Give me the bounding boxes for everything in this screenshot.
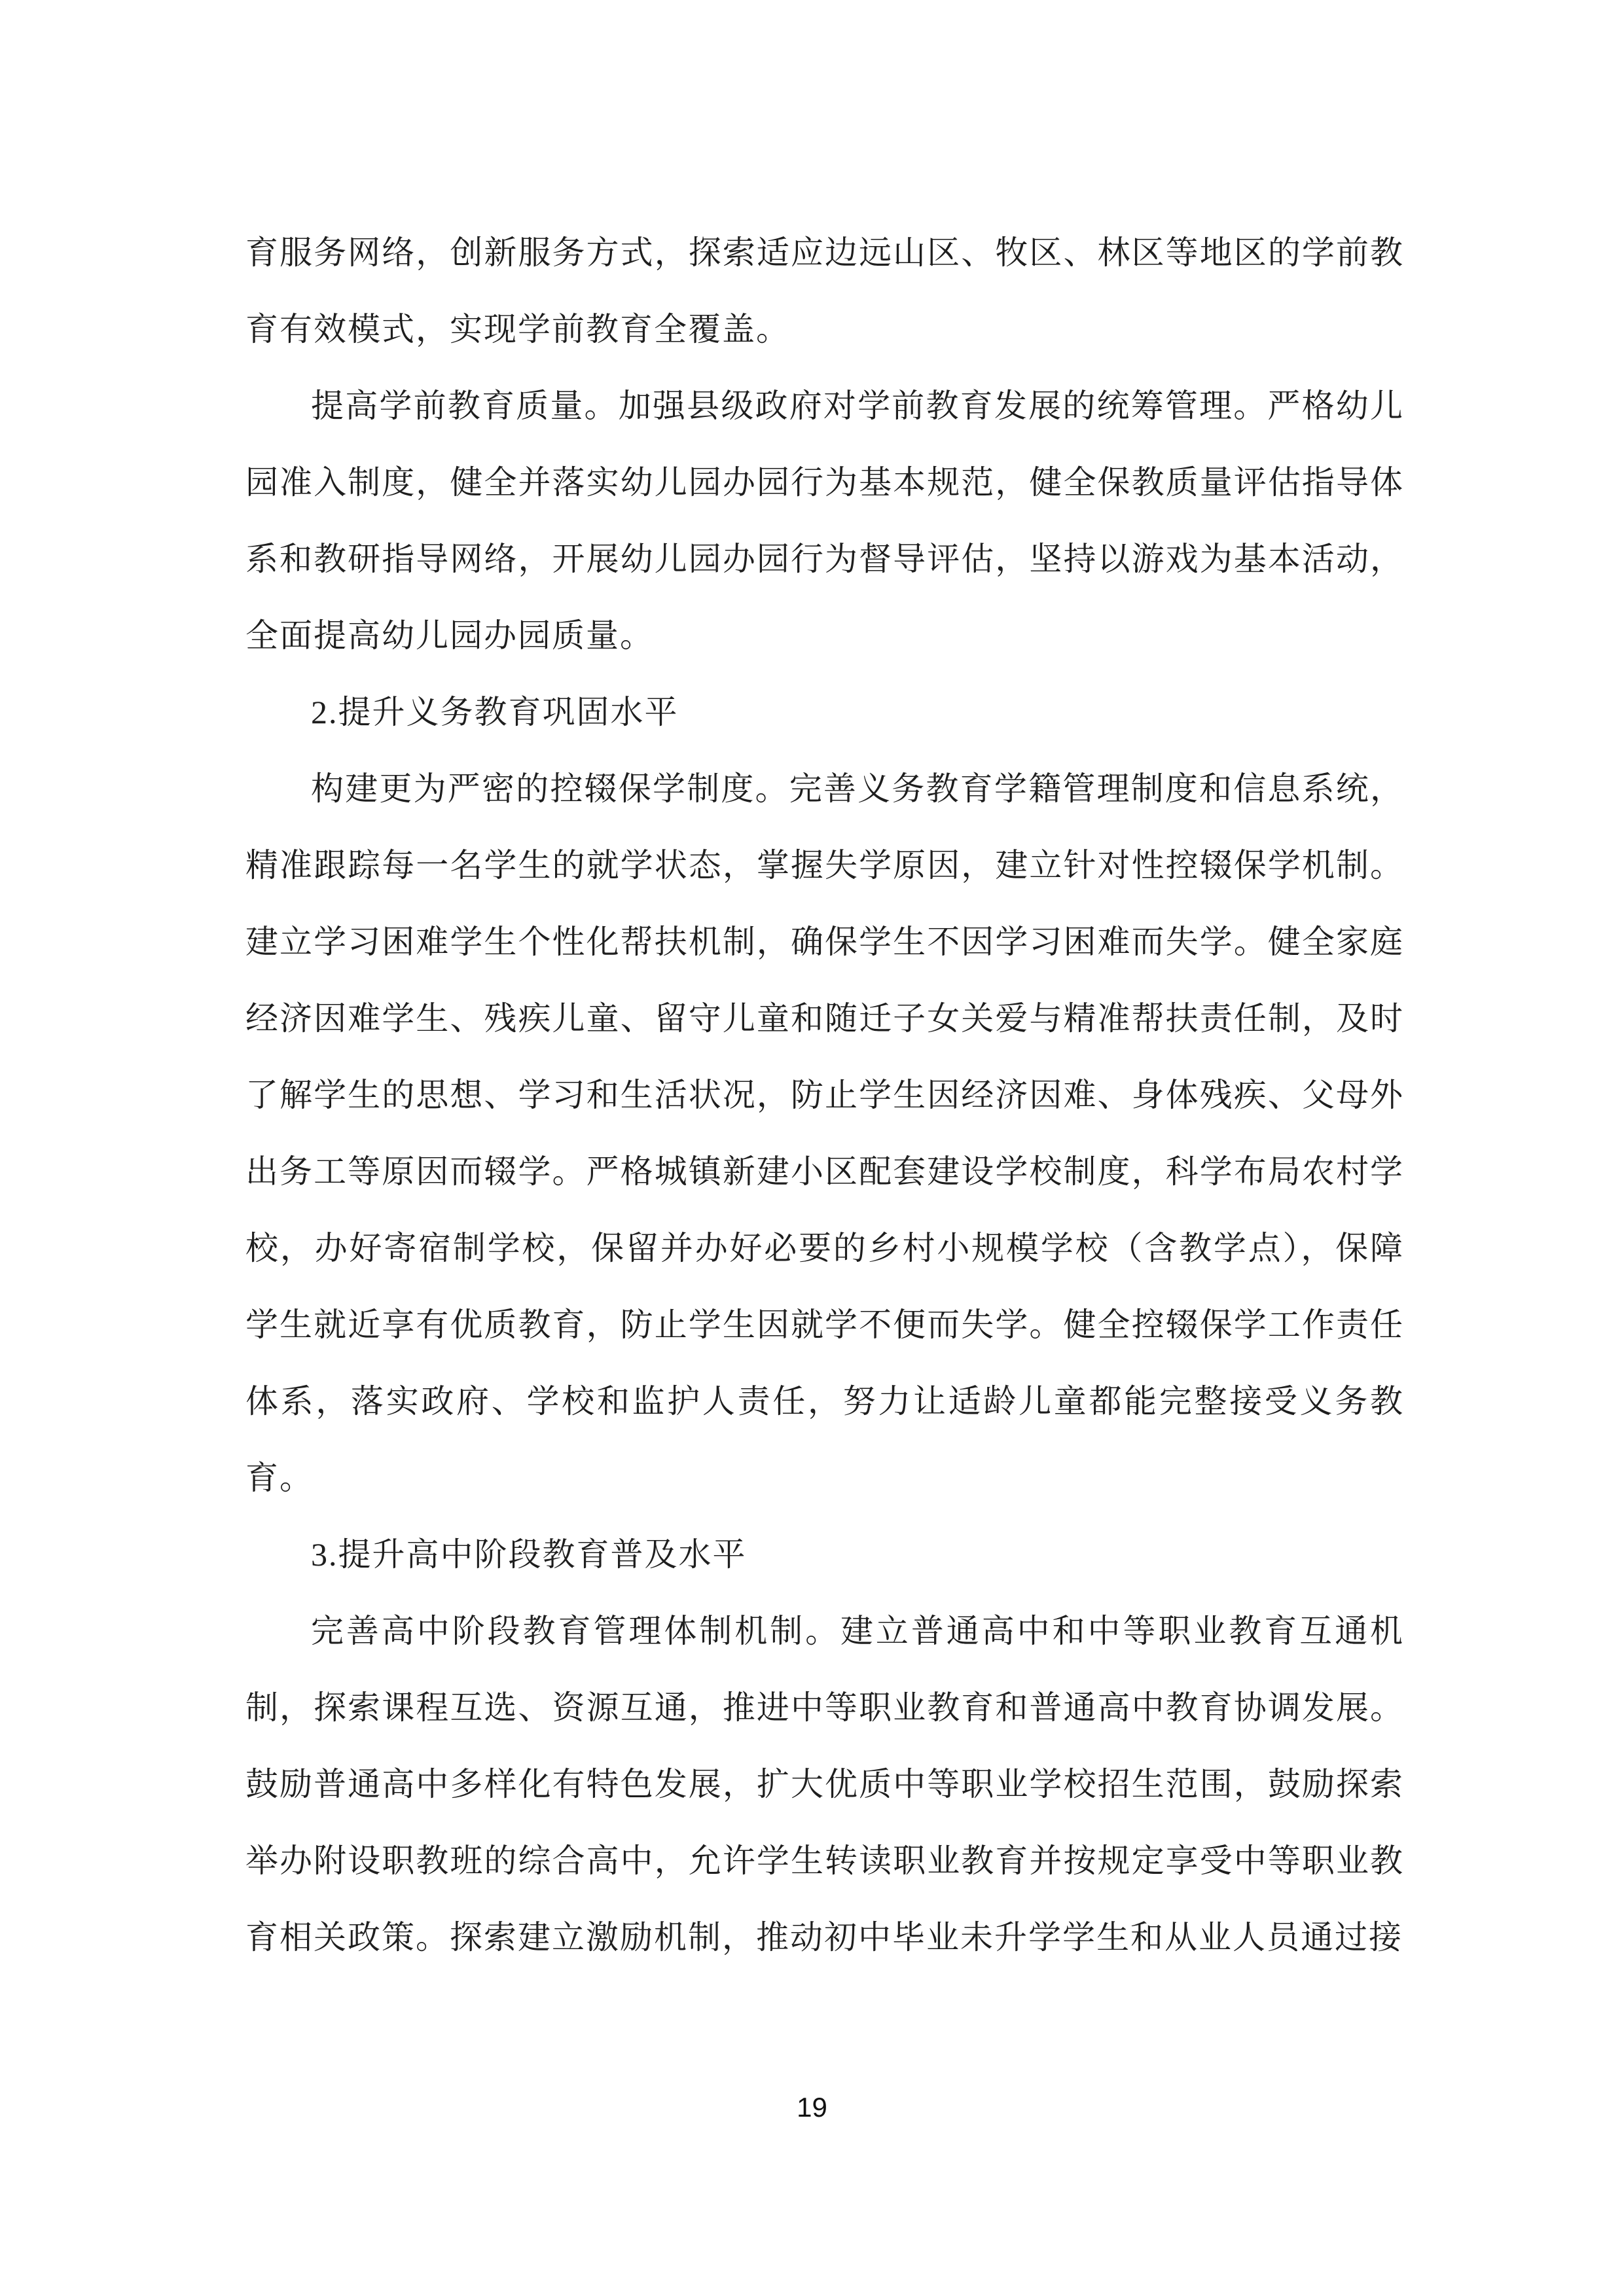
page-number: 19	[0, 2092, 1624, 2123]
section-heading: 3.提升高中阶段教育普及水平	[245, 1516, 1404, 1593]
paragraph: 育服务网络，创新服务方式，探索适应边远山区、牧区、林区等地区的学前教育有效模式，…	[245, 215, 1404, 368]
section-heading: 2.提升义务教育巩固水平	[245, 674, 1404, 751]
paragraph: 提高学前教育质量。加强县级政府对学前教育发展的统筹管理。严格幼儿园准入制度，健全…	[245, 368, 1404, 674]
paragraph: 完善高中阶段教育管理体制机制。建立普通高中和中等职业教育互通机制，探索课程互选、…	[245, 1593, 1404, 1976]
paragraph: 构建更为严密的控辍保学制度。完善义务教育学籍管理制度和信息系统，精准跟踪每一名学…	[245, 751, 1404, 1516]
document-body: 育服务网络，创新服务方式，探索适应边远山区、牧区、林区等地区的学前教育有效模式，…	[245, 215, 1404, 1976]
document-page: 育服务网络，创新服务方式，探索适应边远山区、牧区、林区等地区的学前教育有效模式，…	[0, 0, 1624, 2296]
